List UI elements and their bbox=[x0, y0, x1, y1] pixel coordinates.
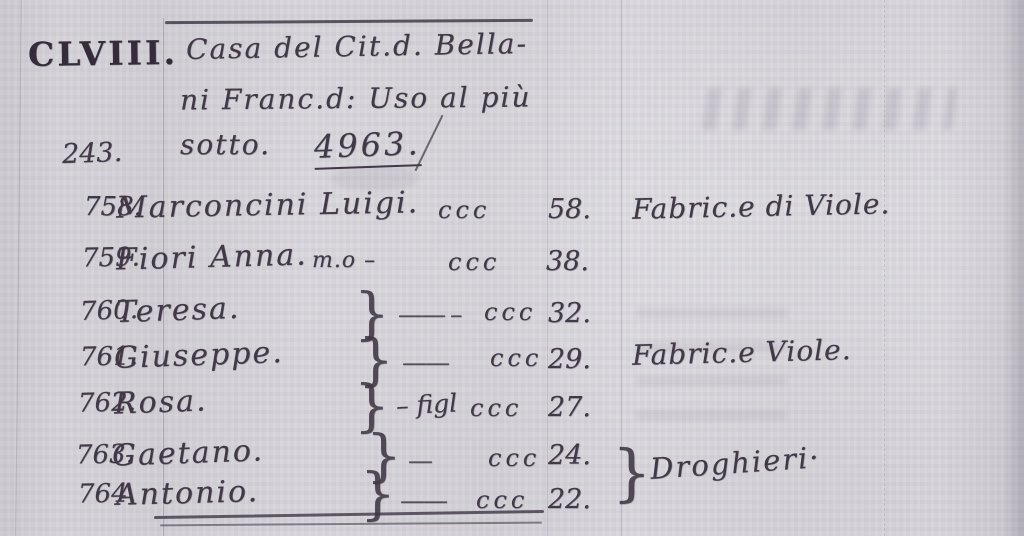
resident-name: Teresa. bbox=[115, 291, 241, 330]
resident-name: Gaetano. bbox=[111, 433, 264, 473]
resident-name: Marconcini Luigi. bbox=[116, 185, 420, 225]
age-value: 27. bbox=[548, 392, 591, 423]
dash-and-children-label: – figl bbox=[395, 388, 458, 420]
house-note-line2: ni Franc.d: Uso al più bbox=[180, 80, 532, 116]
ditto-mark: ccc bbox=[470, 394, 522, 422]
ditto-mark: ccc bbox=[438, 196, 490, 224]
age-value: 22. bbox=[548, 484, 591, 515]
ditto-mark: ccc bbox=[488, 444, 540, 472]
row-brace: } bbox=[360, 462, 396, 527]
column-rule-far-right bbox=[884, 0, 885, 536]
occupation-note: Fabric.e Viole. bbox=[632, 333, 852, 372]
ditto-mark: ccc bbox=[476, 486, 528, 514]
dash-stroke: —— bbox=[400, 486, 446, 515]
dash-stroke: —— bbox=[402, 348, 448, 377]
manuscript-page: CLVIII. 243. Casa del Cit.d. Bella- ni F… bbox=[0, 0, 1024, 536]
dash-stroke: —— – bbox=[398, 300, 460, 329]
resident-name: Fiori Anna. bbox=[116, 237, 309, 277]
header-top-rule bbox=[165, 19, 533, 24]
folio-numeral: CLVIII. bbox=[28, 33, 178, 74]
group-occupation-note: Droghieri· bbox=[649, 440, 822, 486]
resident-name: Rosa. bbox=[113, 383, 208, 421]
dash-stroke: — bbox=[408, 446, 431, 475]
ditto-mark: ccc bbox=[484, 298, 536, 326]
bottom-rule-2 bbox=[160, 522, 542, 527]
entry-number: 243. bbox=[61, 137, 122, 170]
house-note-line1: Casa del Cit.d. Bella- bbox=[186, 27, 528, 66]
ditto-mark: ccc bbox=[448, 248, 500, 276]
ditto-mark: ccc bbox=[490, 344, 542, 372]
age-value: 24. bbox=[548, 440, 591, 471]
age-value: 58. bbox=[548, 194, 591, 225]
house-note-line3-word: sotto. bbox=[180, 128, 271, 161]
relation-abbreviation: m.o – bbox=[312, 248, 376, 273]
age-value: 32. bbox=[548, 298, 591, 329]
age-value: 29. bbox=[548, 344, 591, 375]
page-edge-shadow bbox=[1002, 0, 1024, 536]
age-value: 38. bbox=[546, 246, 589, 277]
group-brace: } bbox=[612, 436, 651, 509]
occupation-note: Fabric.e di Viole. bbox=[632, 187, 891, 225]
resident-name: Antonio. bbox=[116, 474, 260, 513]
resident-name: Giuseppe. bbox=[113, 335, 284, 376]
ink-bleed-smudge bbox=[702, 88, 958, 130]
fold-line-left bbox=[15, 0, 22, 536]
house-reference-number: 4963. bbox=[313, 124, 421, 170]
